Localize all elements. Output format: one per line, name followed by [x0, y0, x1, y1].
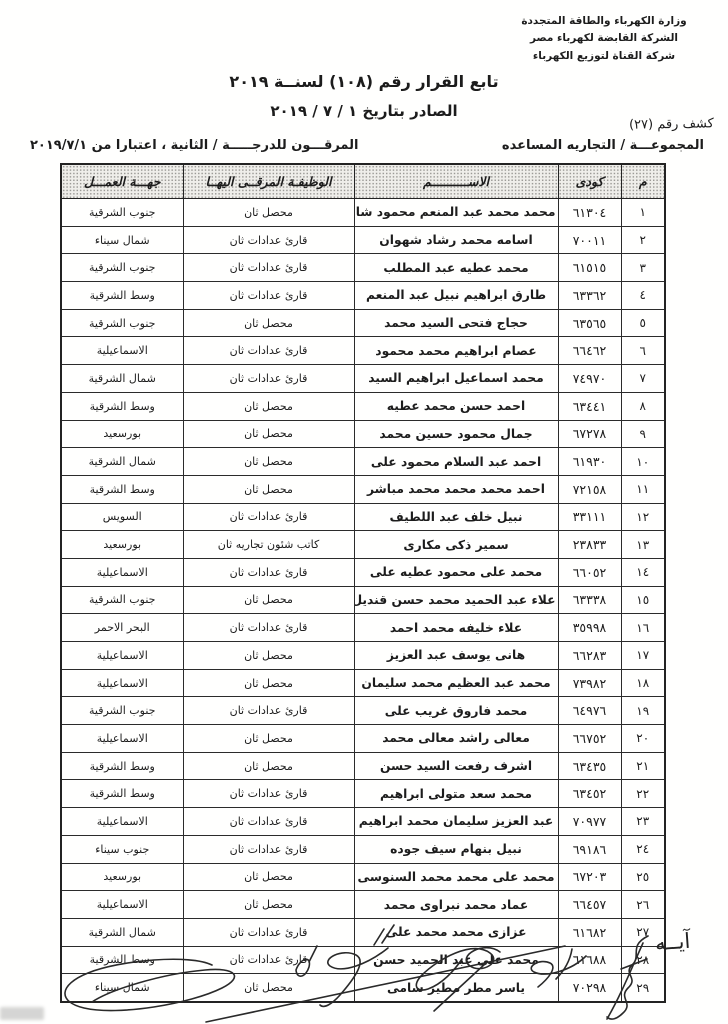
- cell-serial: ٤: [621, 282, 665, 310]
- cell-code: ٦٧٢٠٣: [558, 863, 621, 891]
- header-name: الاســــــــــم: [354, 164, 558, 199]
- cell-position: محصل ثان: [183, 392, 354, 420]
- cell-serial: ٢٦: [621, 891, 665, 919]
- cell-position: قارئ عدادات ثان: [183, 226, 354, 254]
- cell-code: ٦٦٢٨٣: [558, 642, 621, 670]
- table-row: ٩ ٦٧٢٧٨ جمال محمود حسين محمد محصل ثان بو…: [61, 420, 665, 448]
- cell-serial: ٢٢: [621, 780, 665, 808]
- scanned-document-page: وزارة الكهرباء والطاقة المتجددة الشركة ا…: [0, 0, 728, 1024]
- handwritten-signatures: [0, 918, 728, 1024]
- table-row: ٣ ٦١٥١٥ محمد عطيه عبد المطلب قارئ عدادات…: [61, 254, 665, 282]
- cell-workplace: وسط الشرقية: [61, 752, 183, 780]
- cell-position: قارئ عدادات ثان: [183, 254, 354, 282]
- signature-right-vertical: [607, 936, 648, 1019]
- cell-name: سمير ذكى مكارى: [354, 531, 558, 559]
- cell-workplace: شمال سيناء: [61, 226, 183, 254]
- table-row: ١١ ٧٢١٥٨ احمد محمد محمد محمد مباشر محصل …: [61, 475, 665, 503]
- table-row: ١٧ ٦٦٢٨٣ هانى يوسف عبد العزيز محصل ثان ا…: [61, 642, 665, 670]
- cell-code: ٦٣٣٣٨: [558, 586, 621, 614]
- cell-code: ٧٣٩٨٢: [558, 669, 621, 697]
- signature-left-line: [206, 946, 565, 1022]
- cell-name: عماد محمد نبراوى محمد: [354, 891, 558, 919]
- cell-code: ٧٢١٥٨: [558, 475, 621, 503]
- cell-name: اشرف رفعت السيد حسن: [354, 752, 558, 780]
- cell-name: معالى راشد معالى محمد: [354, 725, 558, 753]
- cell-serial: ٦: [621, 337, 665, 365]
- cell-workplace: جنوب الشرقية: [61, 586, 183, 614]
- cell-serial: ٥: [621, 309, 665, 337]
- cell-serial: ١٤: [621, 558, 665, 586]
- cell-name: محمد على محمد محمد السنوسى: [354, 863, 558, 891]
- letterhead-line-holding-company: الشركة القابضة لكهرباء مصر: [486, 30, 722, 47]
- cell-serial: ٢٥: [621, 863, 665, 891]
- decision-title: تابع القرار رقم (١٠٨) لسنــة ٢٠١٩: [0, 72, 728, 91]
- cell-code: ٣٣١١١: [558, 503, 621, 531]
- cell-serial: ١: [621, 199, 665, 227]
- cell-position: محصل ثان: [183, 669, 354, 697]
- sheet-number: كشف رقم (٢٧): [629, 116, 714, 132]
- cell-name: هانى يوسف عبد العزيز: [354, 642, 558, 670]
- cell-code: ٧٤٩٧٠: [558, 365, 621, 393]
- table-row: ٢٠ ٦٦٧٥٢ معالى راشد معالى محمد محصل ثان …: [61, 725, 665, 753]
- cell-workplace: وسط الشرقية: [61, 475, 183, 503]
- table-row: ١٢ ٣٣١١١ نبيل خلف عبد اللطيف قارئ عدادات…: [61, 503, 665, 531]
- header-serial: م: [621, 164, 665, 199]
- cell-serial: ٢١: [621, 752, 665, 780]
- letterhead-line-ministry: وزارة الكهرباء والطاقة المتجددة: [486, 13, 722, 30]
- cell-code: ٦١٩٣٠: [558, 448, 621, 476]
- cell-code: ٦٦٤٦٢: [558, 337, 621, 365]
- table-row: ٧ ٧٤٩٧٠ محمد اسماعيل ابراهيم السيد قارئ …: [61, 365, 665, 393]
- cell-workplace: وسط الشرقية: [61, 282, 183, 310]
- table-row: ١ ٦١٣٠٤ محمد محمد عبد المنعم محمود شاهين…: [61, 199, 665, 227]
- cell-workplace: بورسعيد: [61, 863, 183, 891]
- cell-serial: ١٨: [621, 669, 665, 697]
- table-row: ١٠ ٦١٩٣٠ احمد عبد السلام محمود على محصل …: [61, 448, 665, 476]
- cell-workplace: وسط الشرقية: [61, 780, 183, 808]
- cell-position: قارئ عدادات ثان: [183, 614, 354, 642]
- cell-position: محصل ثان: [183, 420, 354, 448]
- cell-serial: ٨: [621, 392, 665, 420]
- cell-serial: ٢: [621, 226, 665, 254]
- cell-name: احمد عبد السلام محمود على: [354, 448, 558, 476]
- decision-issue-date: الصادر بتاريخ ١ / ٧ / ٢٠١٩: [0, 102, 728, 120]
- cell-workplace: الاسماعيلية: [61, 558, 183, 586]
- table-row: ٢٥ ٦٧٢٠٣ محمد على محمد محمد السنوسى محصل…: [61, 863, 665, 891]
- cell-workplace: شمال الشرقية: [61, 448, 183, 476]
- cell-workplace: بورسعيد: [61, 531, 183, 559]
- table-row: ٦ ٦٦٤٦٢ عصام ابراهيم محمد محمود قارئ عدا…: [61, 337, 665, 365]
- cell-serial: ٣: [621, 254, 665, 282]
- cell-code: ٦٦٤٥٧: [558, 891, 621, 919]
- cell-position: محصل ثان: [183, 863, 354, 891]
- cell-position: محصل ثان: [183, 309, 354, 337]
- cell-code: ٦٦٠٥٢: [558, 558, 621, 586]
- cell-workplace: شمال الشرقية: [61, 365, 183, 393]
- promotion-roster-table: م كودى الاســــــــــم الوظيفـة المرقــى…: [60, 163, 666, 1003]
- cell-name: محمد سعد متولى ابراهيم: [354, 780, 558, 808]
- table-row: ١٣ ٢٣٨٣٣ سمير ذكى مكارى كاتب شئون تجاريه…: [61, 531, 665, 559]
- cell-code: ٦٣٤٤١: [558, 392, 621, 420]
- cell-position: قارئ عدادات ثان: [183, 365, 354, 393]
- cell-serial: ١٧: [621, 642, 665, 670]
- cell-code: ٧٠٠١١: [558, 226, 621, 254]
- promotion-grade-label: المرقـــون للدرجـــــة / الثانية ، اعتبا…: [30, 138, 358, 153]
- cell-serial: ١٠: [621, 448, 665, 476]
- cell-code: ٦١٥١٥: [558, 254, 621, 282]
- cell-workplace: وسط الشرقية: [61, 392, 183, 420]
- cell-workplace: جنوب الشرقية: [61, 309, 183, 337]
- table-row: ٢٢ ٦٣٤٥٢ محمد سعد متولى ابراهيم قارئ عدا…: [61, 780, 665, 808]
- cell-position: قارئ عدادات ثان: [183, 835, 354, 863]
- table-row: ١٩ ٦٤٩٧٦ محمد فاروق غريب على قارئ عدادات…: [61, 697, 665, 725]
- cell-position: قارئ عدادات ثان: [183, 558, 354, 586]
- corner-smudge: [0, 1007, 44, 1020]
- cell-code: ٦١٣٠٤: [558, 199, 621, 227]
- signature-center-small: [531, 949, 586, 987]
- signature-center-descender: [320, 925, 394, 1006]
- signature-loopy: [416, 948, 500, 1011]
- table-row: ٢٤ ٦٩١٨٦ نبيل بنهام سيف جوده قارئ عدادات…: [61, 835, 665, 863]
- cell-name: محمد على محمود عطيه على: [354, 558, 558, 586]
- cell-name: علاء خليفه محمد احمد: [354, 614, 558, 642]
- cell-name: جمال محمود حسين محمد: [354, 420, 558, 448]
- cell-workplace: جنوب الشرقية: [61, 697, 183, 725]
- cell-name: عبد العزيز سليمان محمد ابراهيم: [354, 808, 558, 836]
- header-workplace: جهـــة العمـــل: [61, 164, 183, 199]
- cell-name: طارق ابراهيم نبيل عبد المنعم: [354, 282, 558, 310]
- cell-code: ٧٠٩٧٧: [558, 808, 621, 836]
- table-header-row: م كودى الاســــــــــم الوظيفـة المرقــى…: [61, 164, 665, 199]
- table-row: ١٦ ٣٥٩٩٨ علاء خليفه محمد احمد قارئ عدادا…: [61, 614, 665, 642]
- cell-code: ٦٣٣٦٢: [558, 282, 621, 310]
- cell-serial: ١٣: [621, 531, 665, 559]
- cell-position: محصل ثان: [183, 752, 354, 780]
- cell-name: نبيل بنهام سيف جوده: [354, 835, 558, 863]
- cell-code: ٦٣٤٣٥: [558, 752, 621, 780]
- cell-code: ٦٦٧٥٢: [558, 725, 621, 753]
- cell-name: نبيل خلف عبد اللطيف: [354, 503, 558, 531]
- cell-name: محمد محمد عبد المنعم محمود شاهين: [354, 199, 558, 227]
- table-row: ٢١ ٦٣٤٣٥ اشرف رفعت السيد حسن محصل ثان وس…: [61, 752, 665, 780]
- header-code: كودى: [558, 164, 621, 199]
- cell-position: قارئ عدادات ثان: [183, 337, 354, 365]
- table-row: ٢ ٧٠٠١١ اسامه محمد رشاد شهوان قارئ عدادا…: [61, 226, 665, 254]
- header-position: الوظيفـة المرقــى اليهــا: [183, 164, 354, 199]
- cell-workplace: الاسماعيلية: [61, 642, 183, 670]
- cell-serial: ١٥: [621, 586, 665, 614]
- cell-serial: ٧: [621, 365, 665, 393]
- table-row: ٤ ٦٣٣٦٢ طارق ابراهيم نبيل عبد المنعم قار…: [61, 282, 665, 310]
- cell-code: ٣٥٩٩٨: [558, 614, 621, 642]
- cell-position: محصل ثان: [183, 475, 354, 503]
- cell-name: محمد فاروق غريب على: [354, 697, 558, 725]
- cell-position: محصل ثان: [183, 642, 354, 670]
- cell-name: عصام ابراهيم محمد محمود: [354, 337, 558, 365]
- cell-serial: ١٩: [621, 697, 665, 725]
- signature-left-hook: [296, 946, 317, 976]
- cell-position: محصل ثان: [183, 725, 354, 753]
- handwritten-name-note: آيــه: [654, 929, 691, 955]
- cell-code: ٦٣٥٦٥: [558, 309, 621, 337]
- group-line: المجموعـــة / التجاريه المساعده المرقـــ…: [30, 138, 704, 153]
- cell-serial: ٢٠: [621, 725, 665, 753]
- cell-workplace: الاسماعيلية: [61, 725, 183, 753]
- cell-position: قارئ عدادات ثان: [183, 780, 354, 808]
- cell-serial: ١٢: [621, 503, 665, 531]
- cell-name: حجاج فتحى السيد محمد: [354, 309, 558, 337]
- cell-code: ٦٧٢٧٨: [558, 420, 621, 448]
- cell-code: ٢٣٨٣٣: [558, 531, 621, 559]
- cell-workplace: السويس: [61, 503, 183, 531]
- cell-serial: ١٦: [621, 614, 665, 642]
- cell-workplace: الاسماعيلية: [61, 337, 183, 365]
- cell-name: احمد محمد محمد محمد مباشر: [354, 475, 558, 503]
- cell-position: محصل ثان: [183, 448, 354, 476]
- cell-serial: ٩: [621, 420, 665, 448]
- cell-position: محصل ثان: [183, 586, 354, 614]
- cell-position: قارئ عدادات ثان: [183, 808, 354, 836]
- cell-position: محصل ثان: [183, 891, 354, 919]
- cell-position: قارئ عدادات ثان: [183, 503, 354, 531]
- cell-workplace: الاسماعيلية: [61, 808, 183, 836]
- cell-name: احمد حسن محمد عطيه: [354, 392, 558, 420]
- cell-workplace: جنوب الشرقية: [61, 199, 183, 227]
- cell-code: ٦٣٤٥٢: [558, 780, 621, 808]
- cell-code: ٦٤٩٧٦: [558, 697, 621, 725]
- table-row: ١٥ ٦٣٣٣٨ علاء عبد الحميد محمد حسن قنديل …: [61, 586, 665, 614]
- table-row: ٢٦ ٦٦٤٥٧ عماد محمد نبراوى محمد محصل ثان …: [61, 891, 665, 919]
- cell-name: محمد عطيه عبد المطلب: [354, 254, 558, 282]
- cell-position: قارئ عدادات ثان: [183, 282, 354, 310]
- cell-name: محمد عبد العظيم محمد سليمان: [354, 669, 558, 697]
- letterhead: وزارة الكهرباء والطاقة المتجددة الشركة ا…: [486, 13, 722, 65]
- cell-workplace: البحر الاحمر: [61, 614, 183, 642]
- signatures-area: [0, 918, 728, 1024]
- signature-left-oval: [65, 959, 234, 1010]
- letterhead-line-canal-company: شركة القناة لتوزيع الكهرباء: [486, 48, 722, 65]
- cell-serial: ٢٣: [621, 808, 665, 836]
- cell-workplace: جنوب الشرقية: [61, 254, 183, 282]
- cell-code: ٦٩١٨٦: [558, 835, 621, 863]
- table-row: ١٤ ٦٦٠٥٢ محمد على محمود عطيه على قارئ عد…: [61, 558, 665, 586]
- cell-position: قارئ عدادات ثان: [183, 697, 354, 725]
- cell-serial: ١١: [621, 475, 665, 503]
- cell-workplace: بورسعيد: [61, 420, 183, 448]
- cell-workplace: الاسماعيلية: [61, 891, 183, 919]
- table-row: ٨ ٦٣٤٤١ احمد حسن محمد عطيه محصل ثان وسط …: [61, 392, 665, 420]
- group-label: المجموعـــة / التجاريه المساعده: [502, 138, 704, 153]
- cell-name: محمد اسماعيل ابراهيم السيد: [354, 365, 558, 393]
- cell-position: محصل ثان: [183, 199, 354, 227]
- table-row: ٢٣ ٧٠٩٧٧ عبد العزيز سليمان محمد ابراهيم …: [61, 808, 665, 836]
- cell-serial: ٢٤: [621, 835, 665, 863]
- table-row: ٥ ٦٣٥٦٥ حجاج فتحى السيد محمد محصل ثان جن…: [61, 309, 665, 337]
- table-row: ١٨ ٧٣٩٨٢ محمد عبد العظيم محمد سليمان محص…: [61, 669, 665, 697]
- cell-position: كاتب شئون تجاريه ثان: [183, 531, 354, 559]
- cell-workplace: الاسماعيلية: [61, 669, 183, 697]
- cell-name: اسامه محمد رشاد شهوان: [354, 226, 558, 254]
- cell-name: علاء عبد الحميد محمد حسن قنديل: [354, 586, 558, 614]
- cell-workplace: جنوب سيناء: [61, 835, 183, 863]
